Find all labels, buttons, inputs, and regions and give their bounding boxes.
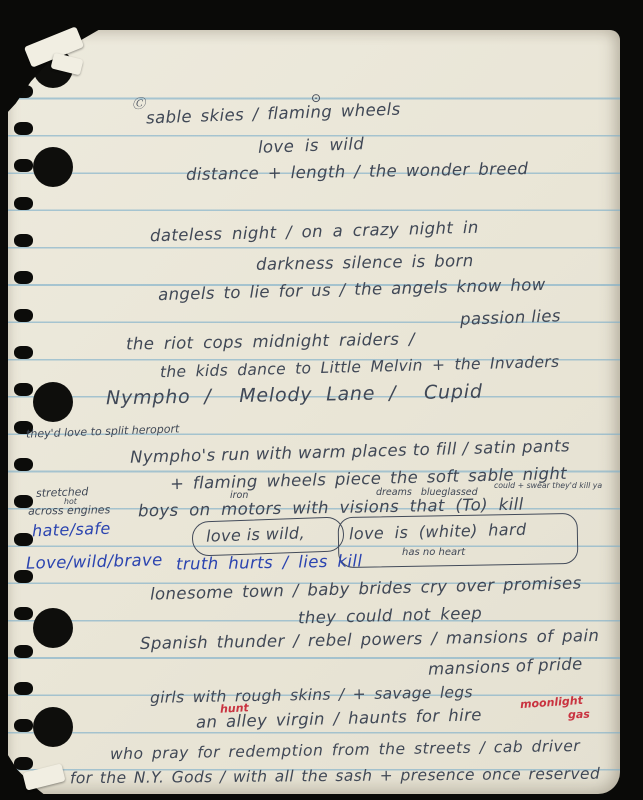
punch-hole [33, 707, 73, 747]
lyric-line: Nympho's run with warm places to fill / … [130, 438, 570, 466]
circled-phrase: love is wild, [206, 525, 305, 544]
spiral-hole [14, 607, 33, 620]
paper-sheet: Ⓒ sable skies / flaming wheels ⊙ love is… [8, 30, 620, 794]
lyric-line: the riot cops midnight raiders / [126, 331, 415, 353]
spiral-hole [14, 159, 33, 172]
lyric-line-blue: truth hurts / lies kill [176, 553, 363, 573]
circled-c-mark: Ⓒ [132, 98, 145, 111]
lyric-line: passion lies [460, 308, 561, 328]
punch-hole [33, 608, 73, 648]
lyric-line: girls with rough skins / + savage legs [150, 685, 473, 706]
punch-hole [33, 382, 73, 422]
lyric-line: lonesome town / baby brides cry over pro… [150, 575, 582, 603]
spiral-hole [14, 346, 33, 359]
lyric-line: darkness silence is born [256, 253, 474, 273]
scanned-notebook-page: Ⓒ sable skies / flaming wheels ⊙ love is… [0, 0, 643, 800]
lyric-line: angels to lie for us / the angels know h… [158, 277, 546, 304]
lyric-line: an alley virgin / haunts for hire [196, 707, 482, 731]
spiral-hole [14, 234, 33, 247]
spiral-hole [14, 197, 33, 210]
margin-note: they'd love to split heroport [26, 423, 180, 439]
lyric-line: they could not keep [298, 606, 483, 627]
circled-phrase: love is (white) hard [349, 522, 527, 543]
lyric-line: sable skies / flaming wheels [146, 102, 401, 127]
lyric-line: who pray for redemption from the streets… [110, 739, 580, 763]
lyric-line: love is wild [258, 136, 365, 156]
margin-note-blue: Love/wild/brave [26, 552, 163, 572]
lyric-line: for the N.Y. Gods / with all the sash + … [70, 767, 600, 787]
spiral-hole [14, 757, 33, 770]
spiral-hole [14, 682, 33, 695]
red-note: gas [568, 709, 590, 721]
circled-dot-mark: ⊙ [311, 92, 321, 104]
lyric-line: Nympho / Melody Lane / Cupid [106, 383, 483, 409]
spiral-hole [14, 719, 33, 732]
margin-note-blue: hate/safe [32, 521, 111, 540]
lyric-line: dateless night / on a crazy night in [150, 220, 479, 245]
spiral-hole [14, 122, 33, 135]
spiral-hole [14, 458, 33, 471]
lyric-line: distance + length / the wonder breed [186, 161, 529, 183]
margin-note: across engines [28, 504, 110, 516]
lyric-line: the kids dance to Little Melvin + the In… [160, 355, 560, 381]
lyric-line: Spanish thunder / rebel powers / mansion… [140, 628, 600, 653]
circled-phrase-sub: has no heart [402, 548, 465, 558]
punch-hole [33, 147, 73, 187]
lyric-line: mansions of pride [428, 656, 583, 678]
spiral-hole [14, 271, 33, 284]
spiral-hole [14, 309, 33, 322]
interline-note: could + swear they'd kill ya [494, 482, 602, 490]
spiral-hole [14, 383, 33, 396]
margin-note: stretched [36, 486, 89, 499]
spiral-hole [14, 533, 33, 546]
spiral-hole [14, 645, 33, 658]
